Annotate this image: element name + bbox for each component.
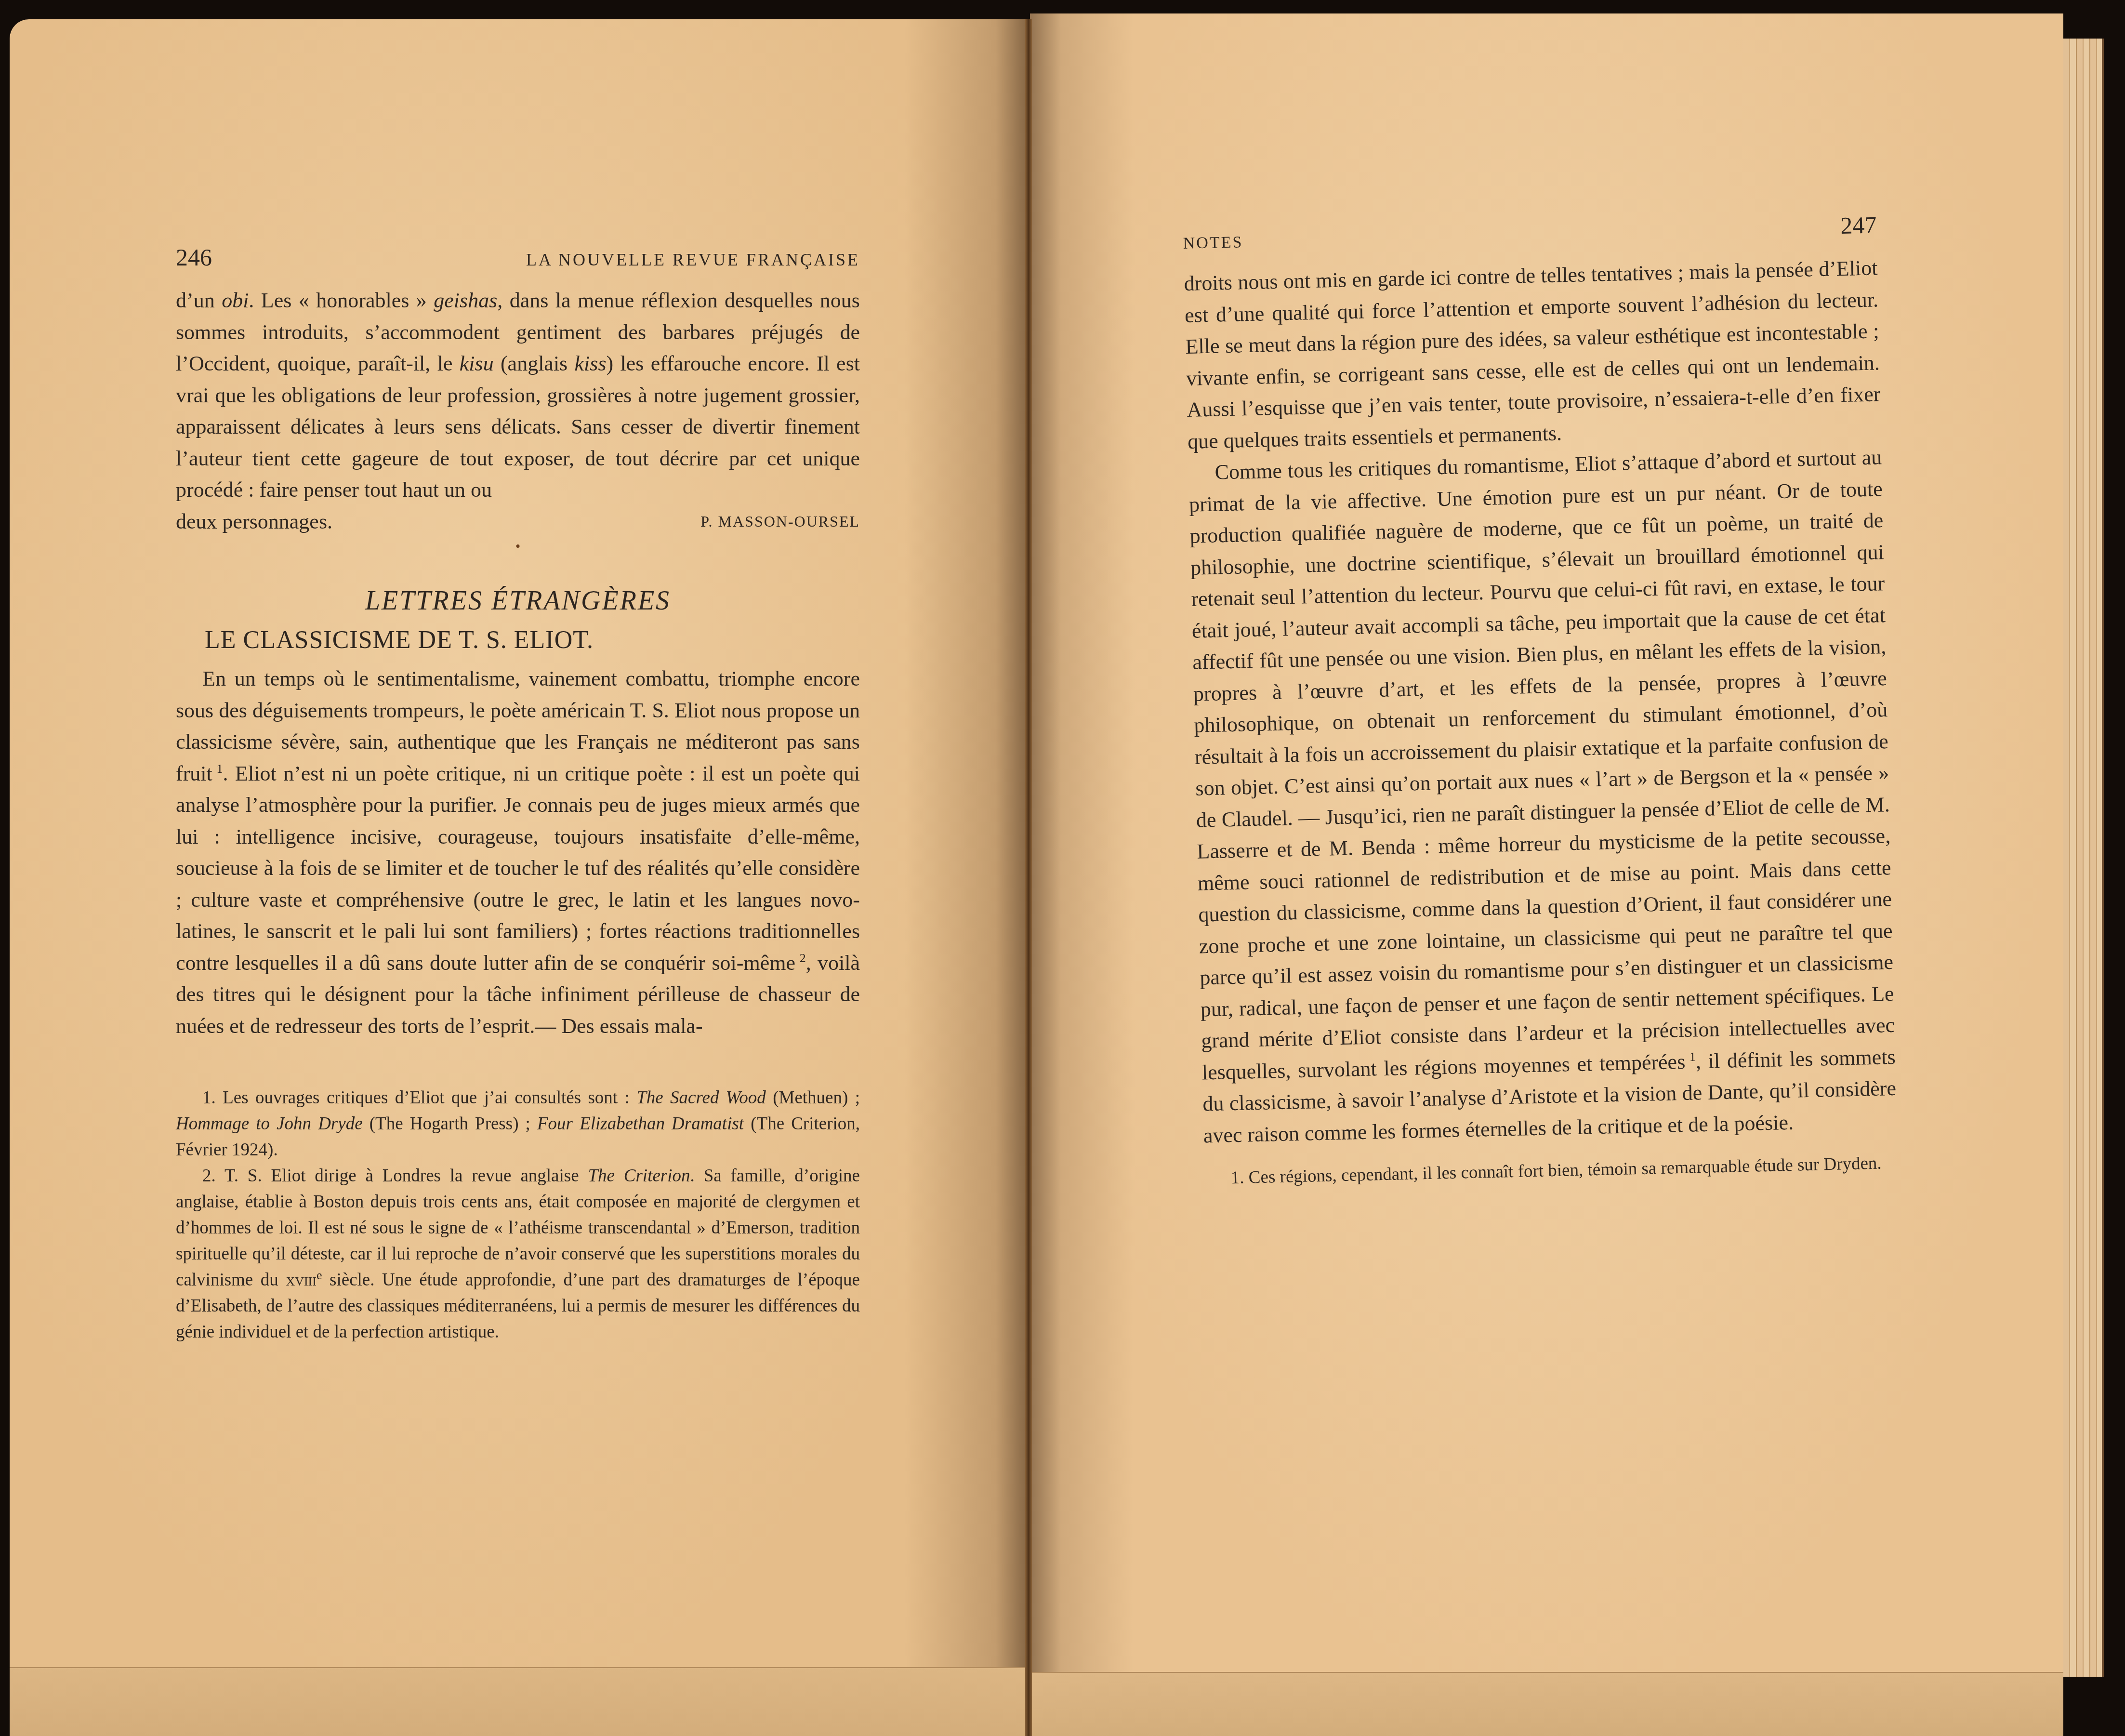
journal-title: LA NOUVELLE REVUE FRANÇAISE xyxy=(526,250,860,270)
review-continuation-paragraph: d’un obi. Les « honorables » geishas, da… xyxy=(176,285,860,506)
footnote-ref-2[interactable]: 2 xyxy=(800,951,806,965)
book-gutter xyxy=(1025,19,1032,1736)
left-page-folded-bottom-edge xyxy=(10,1667,1026,1736)
page-edges-stack xyxy=(2063,39,2104,1677)
footnote-ref-1-right[interactable]: 1 xyxy=(1689,1049,1696,1063)
footnote-1: 1. Les ouvrages critiques d’Eliot que j’… xyxy=(176,1085,860,1163)
footnote-ref-1[interactable]: 1 xyxy=(217,762,223,776)
review-signature-line: deux personnages. P. MASSON-OURSEL xyxy=(176,506,860,538)
page-number-left: 246 xyxy=(176,243,212,271)
page-number-right: 247 xyxy=(1840,211,1877,239)
paragraph-continuation: droits nous ont mis en garde ici contre … xyxy=(1184,252,1882,457)
right-page-folded-bottom-edge xyxy=(1030,1672,2063,1736)
article-paragraph: En un temps où le sentimentalisme, vaine… xyxy=(176,663,860,1042)
paragraph-romanticism: Comme tous les critiques du romantisme, … xyxy=(1188,441,1897,1151)
author-signature: P. MASSON-OURSEL xyxy=(700,506,860,538)
left-page-text: 246 LA NOUVELLE REVUE FRANÇAISE d’un obi… xyxy=(176,243,860,1345)
article-title: LE CLASSICISME DE T. S. ELIOT. xyxy=(205,626,860,654)
book-spread: 246 LA NOUVELLE REVUE FRANÇAISE d’un obi… xyxy=(0,0,2125,1736)
paragraph-last-line: deux personnages. xyxy=(176,506,332,538)
ink-dot: • xyxy=(176,542,860,552)
left-running-head: 246 LA NOUVELLE REVUE FRANÇAISE xyxy=(176,243,860,271)
right-page-text: NOTES 247 droits nous ont mis en garde i… xyxy=(1183,211,1898,1192)
footnote-2: 2. T. S. Eliot dirige à Londres la revue… xyxy=(176,1163,860,1345)
section-title: LETTRES ÉTRANGÈRES xyxy=(176,585,860,616)
section-running-head: NOTES xyxy=(1183,233,1243,253)
left-footnotes: 1. Les ouvrages critiques d’Eliot que j’… xyxy=(176,1085,860,1345)
